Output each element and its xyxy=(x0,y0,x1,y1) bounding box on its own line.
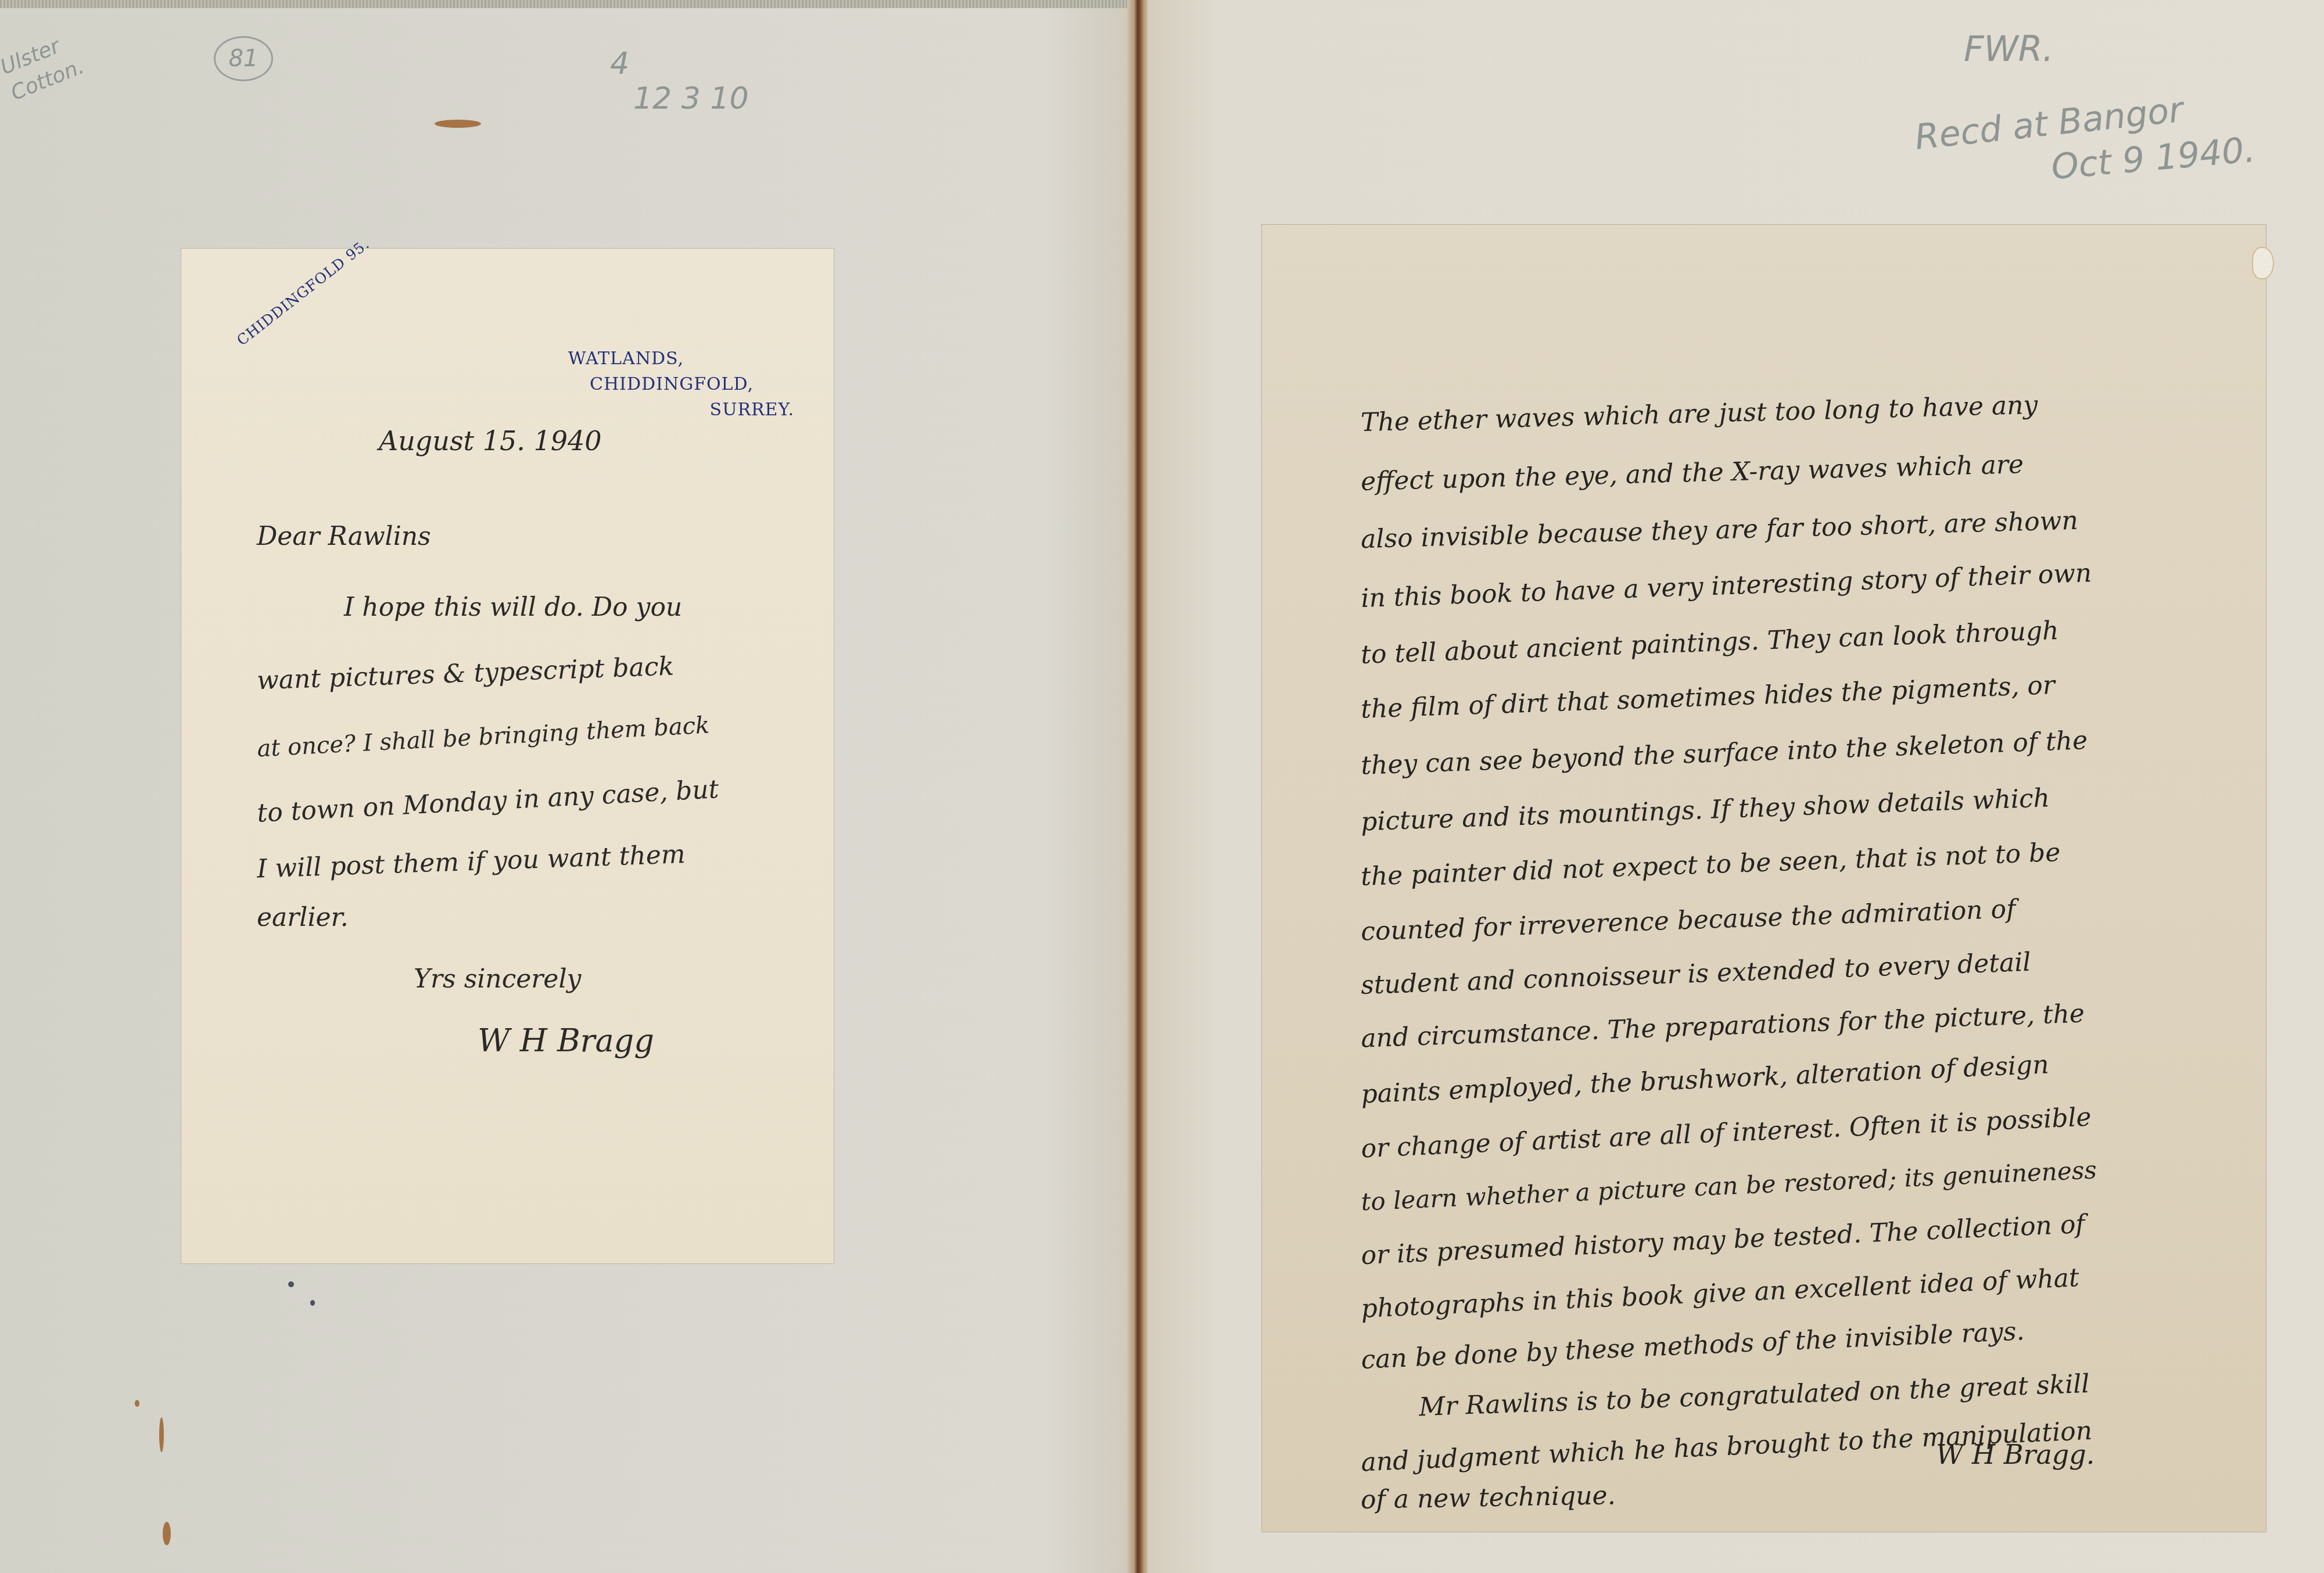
letter-august-1940: CHIDDINGFOLD 95. WATLANDS, CHIDDINGFOLD,… xyxy=(181,249,834,1263)
letter-body-line: photographs in this book give an excelle… xyxy=(1360,1263,2079,1324)
letter-body-line: or its presumed history may be tested. T… xyxy=(1360,1209,2085,1270)
ink-speck xyxy=(288,1281,294,1287)
letter-body-line: want pictures & typescript back xyxy=(256,651,675,695)
rust-stain xyxy=(159,1417,164,1452)
letter-body-line: The ether waves which are just too long … xyxy=(1361,390,2038,437)
paper-tear xyxy=(2252,247,2274,279)
letter-salutation: Dear Rawlins xyxy=(257,522,431,551)
letter-body-line: picture and its mountings. If they show … xyxy=(1360,783,2050,836)
letter-body-line: the film of dirt that sometimes hides th… xyxy=(1360,670,2055,724)
letter-body-line: Mr Rawlins is to be congratulated on the… xyxy=(1418,1369,2090,1422)
rust-stain xyxy=(135,1400,139,1407)
letterhead-telephone: CHIDDINGFOLD 95. xyxy=(234,235,372,349)
letter-body-line: can be done by these methods of the invi… xyxy=(1360,1316,2025,1375)
letter-body-line: effect upon the eye, and the X-ray waves… xyxy=(1361,450,2024,497)
letter-body-line: to town on Monday in any case, but xyxy=(256,774,719,828)
letter-body-line: to tell about ancient paintings. They ca… xyxy=(1360,616,2059,670)
letter-body-line: student and connoisseur is extended to e… xyxy=(1360,947,2031,1000)
letter-body-line: paints employed, the brushwork, alterati… xyxy=(1360,1050,2049,1109)
circled-page-number: 81 xyxy=(214,36,273,81)
ink-speck xyxy=(310,1300,315,1306)
letter-body-line: at once? I shall be bringing them back xyxy=(256,712,710,763)
pencil-initials: FWR. xyxy=(1964,29,2054,70)
letter-body-line: I will post them if you want them xyxy=(256,839,686,884)
album-gutter xyxy=(1127,0,1150,1573)
letter-body-line: of a new technique. xyxy=(1361,1481,1616,1515)
letter-body-line: in this book to have a very interesting … xyxy=(1360,558,2092,613)
album-cloth-binding xyxy=(0,0,1139,8)
pencil-shelf-mark: 4 12 3 10 xyxy=(610,46,748,116)
letter-body-line: counted for irreverence because the admi… xyxy=(1360,894,2016,946)
letterhead-address-line: CHIDDINGFOLD, xyxy=(568,372,754,397)
letter-body-line: also invisible because they are far too … xyxy=(1361,506,2079,554)
letter-body-line: earlier. xyxy=(257,903,349,932)
letter-signature: W H Bragg xyxy=(478,1022,654,1059)
letter-date: August 15. 1940 xyxy=(379,425,601,457)
letter-body-line: the painter did not expect to be seen, t… xyxy=(1360,838,2061,892)
letter-foreword: The ether waves which are just too long … xyxy=(1262,225,2266,1532)
letterhead-address: WATLANDS, CHIDDINGFOLD, SURREY. xyxy=(568,346,794,423)
letter-closing: Yrs sincerely xyxy=(414,964,581,994)
letter-body-line: they can see beyond the surface into the… xyxy=(1360,726,2088,781)
letterhead-address-line: WATLANDS, xyxy=(568,346,684,372)
rust-stain xyxy=(163,1522,171,1545)
pencil-shelf-mark-bottom: 12 3 10 xyxy=(633,81,748,116)
pencil-shelf-mark-top: 4 xyxy=(610,46,748,81)
letter-body-line: or change of artist are all of interest.… xyxy=(1360,1102,2092,1164)
rust-stain xyxy=(435,120,481,128)
letterhead-address-line: SURREY. xyxy=(568,397,794,423)
letter-body-line: I hope this will do. Do you xyxy=(344,592,682,622)
letter-body-line: and circumstance. The preparations for t… xyxy=(1360,999,2085,1053)
letter-body-line: to learn whether a picture can be restor… xyxy=(1361,1155,2097,1216)
letter-signature: W H Bragg. xyxy=(1936,1439,2095,1470)
